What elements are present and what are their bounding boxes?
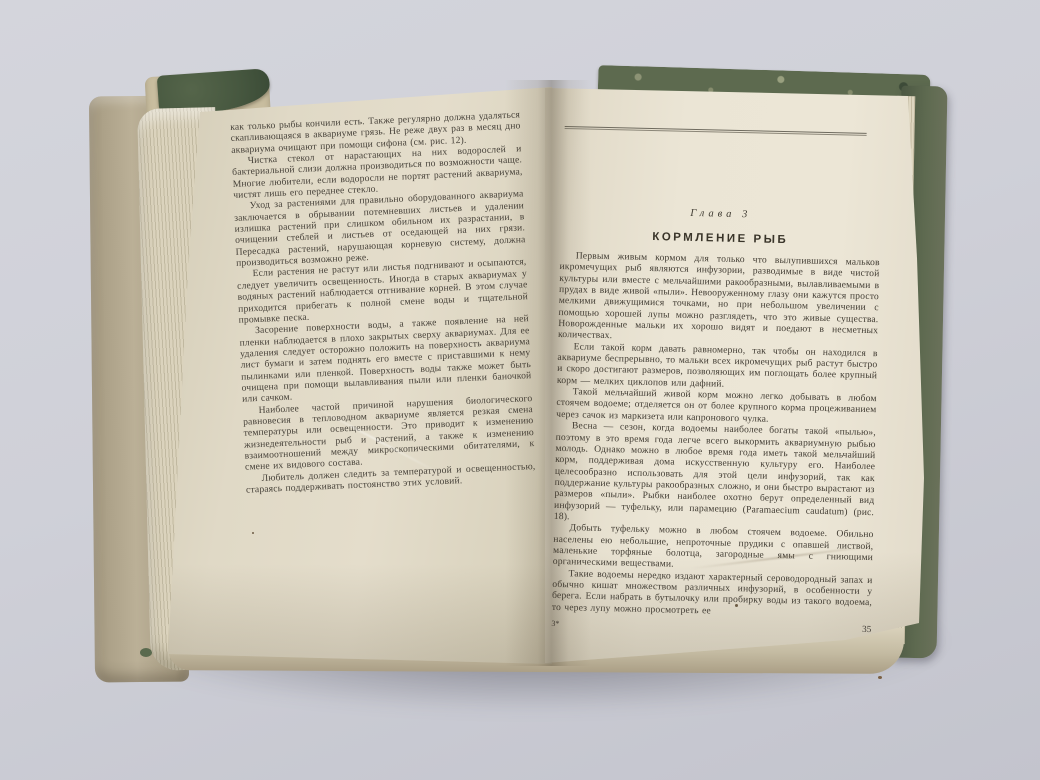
paragraph: Первым живым кормом для только что вылуп… xyxy=(558,250,880,348)
paragraph: Засорение поверхности воды, а также появ… xyxy=(239,313,532,405)
page-footer: 3* 35 xyxy=(551,618,871,635)
page-number: 35 xyxy=(862,625,872,635)
paragraph: Весна — сезон, когда водоемы наиболее бо… xyxy=(554,420,876,529)
chapter-head-rule xyxy=(565,126,867,136)
left-page-text: как только рыбы кончили есть. Также регу… xyxy=(230,109,536,496)
chapter-label: Глава 3 xyxy=(561,205,881,223)
chapter-title: КОРМЛЕНИЕ РЫБ xyxy=(560,229,880,248)
paragraph: Добыть туфельку можно в любом стоячем во… xyxy=(553,522,874,575)
paragraph: Уход за растениями для правильно оборудо… xyxy=(233,189,526,270)
left-page: как только рыбы кончили есть. Также регу… xyxy=(158,82,552,670)
right-page-text: Глава 3 КОРМЛЕНИЕ РЫБ Первым живым кормо… xyxy=(551,114,883,635)
signature-mark: 3* xyxy=(551,619,559,628)
right-page: Глава 3 КОРМЛЕНИЕ РЫБ Первым живым кормо… xyxy=(545,78,945,670)
paragraph: Наиболее частой причиной нарушения биоло… xyxy=(242,393,535,474)
photo-backdrop: как только рыбы кончили есть. Также регу… xyxy=(0,0,1040,780)
paragraph: Такие водоемы нередко издают характерный… xyxy=(552,568,873,621)
paragraph: Если такой корм давать равномерно, так ч… xyxy=(557,341,878,394)
